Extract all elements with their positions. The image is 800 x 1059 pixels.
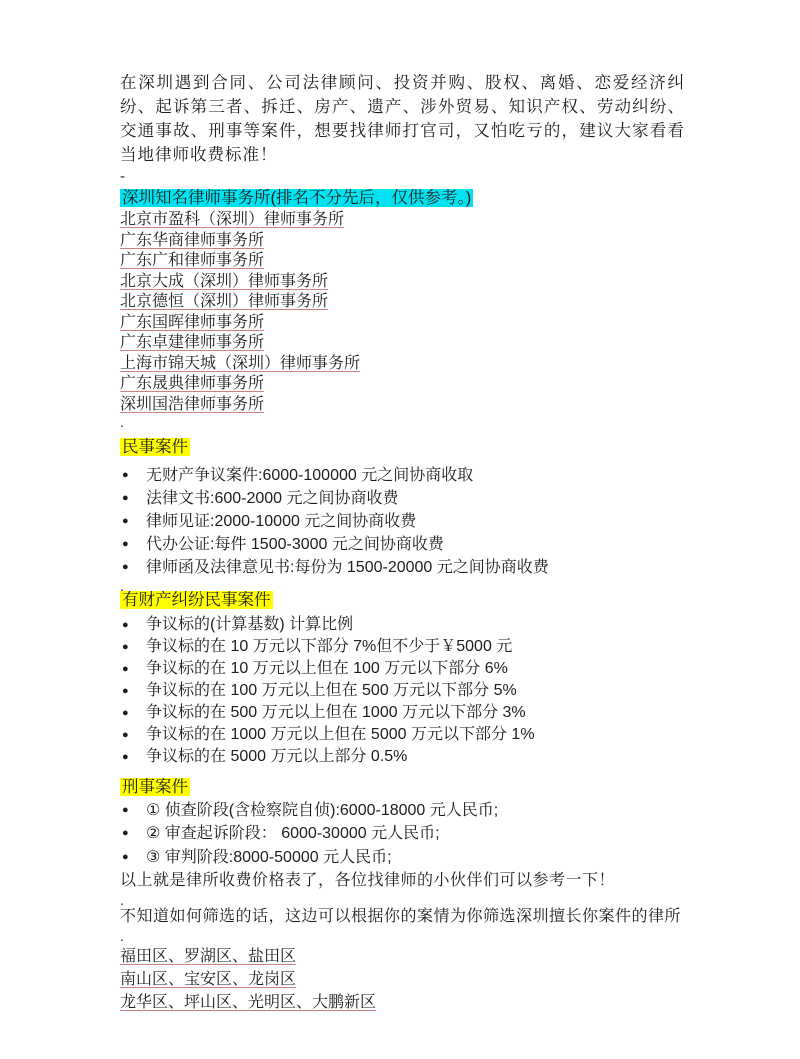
fee-item: ●② 审查起诉阶段： 6000-30000 元人民币; bbox=[120, 822, 685, 845]
fee-item: ●① 侦查阶段(含检察院自侦):6000-18000 元人民币; bbox=[120, 799, 685, 822]
bullet-icon: ● bbox=[120, 846, 146, 869]
fee-item: ●争议标的在 5000 万元以上部分 0.5% bbox=[120, 746, 685, 768]
bullet-icon: ● bbox=[120, 614, 146, 636]
firm-link[interactable]: 上海市锦天城（深圳）律师事务所 bbox=[120, 355, 360, 372]
bullet-icon: ● bbox=[120, 510, 146, 533]
intro-paragraph: 在深圳遇到合同、公司法律顾问、投资并购、股权、离婚、恋爱经济纠纷、起诉第三者、拆… bbox=[120, 71, 685, 167]
fee-item: ●争议标的在 10 万元以上但在 100 万元以下部分 6% bbox=[120, 658, 685, 680]
fee-item: ●争议标的在 1000 万元以上但在 5000 万元以下部分 1% bbox=[120, 724, 685, 746]
fee-item-text: 争议标的在 100 万元以上但在 500 万元以下部分 5% bbox=[146, 680, 685, 702]
district-link[interactable]: 南山区、宝安区、龙岗区 bbox=[120, 971, 296, 988]
list-item: 广东卓建律师事务所 bbox=[120, 333, 685, 354]
fee-item-text: 争议标的在 500 万元以上但在 1000 万元以下部分 3% bbox=[146, 702, 685, 724]
firm-link[interactable]: 北京市盈科（深圳）律师事务所 bbox=[120, 211, 344, 228]
list-item: 南山区、宝安区、龙岗区 bbox=[120, 968, 685, 991]
fee-item: ●争议标的在 100 万元以上但在 500 万元以下部分 5% bbox=[120, 680, 685, 702]
bullet-icon: ● bbox=[120, 724, 146, 746]
fee-item: ●代办公证:每件 1500-3000 元之间协商收费 bbox=[120, 533, 685, 556]
bullet-icon: ● bbox=[120, 702, 146, 724]
civil-fee-list: ●无财产争议案件:6000-100000 元之间协商收取 ●法律文书:600-2… bbox=[120, 464, 685, 579]
bullet-icon: ● bbox=[120, 658, 146, 680]
dot-mark: . bbox=[120, 415, 685, 429]
list-item: 北京大成（深圳）律师事务所 bbox=[120, 272, 685, 293]
list-item: 北京市盈科（深圳）律师事务所 bbox=[120, 210, 685, 231]
fee-item-text: ① 侦查阶段(含检察院自侦):6000-18000 元人民币; bbox=[146, 799, 685, 822]
civil-heading: 民事案件 bbox=[120, 436, 685, 459]
property-heading-highlight: 有财产纠纷民事案件 bbox=[120, 591, 273, 609]
fee-item: ●争议标的在 10 万元以下部分 7%但不少于￥5000 元 bbox=[120, 636, 685, 658]
bullet-icon: ● bbox=[120, 556, 146, 579]
list-item: 广东广和律师事务所 bbox=[120, 251, 685, 272]
fee-item: ●律师见证:2000-10000 元之间协商收费 bbox=[120, 510, 685, 533]
firm-link[interactable]: 广东广和律师事务所 bbox=[120, 252, 264, 269]
firm-link[interactable]: 广东卓建律师事务所 bbox=[120, 334, 264, 351]
list-item: 福田区、罗湖区、盐田区 bbox=[120, 945, 685, 968]
fee-item-text: 争议标的在 5000 万元以上部分 0.5% bbox=[146, 746, 685, 768]
list-item: 龙华区、坪山区、光明区、大鹏新区 bbox=[120, 991, 685, 1014]
firm-link[interactable]: 北京德恒（深圳）律师事务所 bbox=[120, 293, 328, 310]
fee-item-text: 争议标的(计算基数) 计算比例 bbox=[146, 614, 685, 636]
fee-item-text: 律师见证:2000-10000 元之间协商收费 bbox=[146, 510, 685, 533]
district-list: 福田区、罗湖区、盐田区 南山区、宝安区、龙岗区 龙华区、坪山区、光明区、大鹏新区 bbox=[120, 945, 685, 1014]
district-link[interactable]: 龙华区、坪山区、光明区、大鹏新区 bbox=[120, 994, 376, 1011]
summary-paragraph: 以上就是律所收费价格表了，各位找律师的小伙伴们可以参考一下！ bbox=[120, 869, 685, 893]
bullet-icon: ● bbox=[120, 487, 146, 510]
criminal-heading: 刑事案件 bbox=[120, 776, 685, 799]
fee-item-text: ② 审查起诉阶段： 6000-30000 元人民币; bbox=[146, 822, 685, 845]
list-item: 广东华商律师事务所 bbox=[120, 231, 685, 252]
fee-item-text: 代办公证:每件 1500-3000 元之间协商收费 bbox=[146, 533, 685, 556]
firm-link[interactable]: 广东晟典律师事务所 bbox=[120, 375, 264, 392]
firm-link[interactable]: 北京大成（深圳）律师事务所 bbox=[120, 273, 328, 290]
fee-item-text: 律师函及法律意见书:每份为 1500-20000 元之间协商收费 bbox=[146, 556, 685, 579]
property-fee-list: ●争议标的(计算基数) 计算比例 ●争议标的在 10 万元以下部分 7%但不少于… bbox=[120, 614, 685, 768]
fee-item: ●争议标的(计算基数) 计算比例 bbox=[120, 614, 685, 636]
bullet-icon: ● bbox=[120, 533, 146, 556]
bullet-icon: ● bbox=[120, 799, 146, 822]
list-item: 上海市锦天城（深圳）律师事务所 bbox=[120, 354, 685, 375]
firms-heading-highlight: 深圳知名律师事务所(排名不分先后，仅供参考。) bbox=[120, 189, 473, 207]
fee-item-text: 法律文书:600-2000 元之间协商收费 bbox=[146, 487, 685, 510]
list-item: 北京德恒（深圳）律师事务所 bbox=[120, 292, 685, 313]
firm-list: 北京市盈科（深圳）律师事务所 广东华商律师事务所 广东广和律师事务所 北京大成（… bbox=[120, 210, 685, 415]
criminal-fee-list: ●① 侦查阶段(含检察院自侦):6000-18000 元人民币; ●② 审查起诉… bbox=[120, 799, 685, 869]
fee-item-text: ③ 审判阶段:8000-50000 元人民币; bbox=[146, 846, 685, 869]
firm-link[interactable]: 广东华商律师事务所 bbox=[120, 232, 264, 249]
filter-note-paragraph: 不知道如何筛选的话，这边可以根据你的案情为你筛选深圳擅长你案件的律所 bbox=[120, 905, 685, 929]
district-link[interactable]: 福田区、罗湖区、盐田区 bbox=[120, 948, 296, 965]
fee-item-text: 无财产争议案件:6000-100000 元之间协商收取 bbox=[146, 464, 685, 487]
bullet-icon: ● bbox=[120, 822, 146, 845]
fee-item-text: 争议标的在 10 万元以上但在 100 万元以下部分 6% bbox=[146, 658, 685, 680]
dash-mark: - bbox=[120, 167, 685, 187]
fee-item-text: 争议标的在 10 万元以下部分 7%但不少于￥5000 元 bbox=[146, 636, 685, 658]
fee-item: ●③ 审判阶段:8000-50000 元人民币; bbox=[120, 846, 685, 869]
bullet-icon: ● bbox=[120, 680, 146, 702]
fee-item: ●律师函及法律意见书:每份为 1500-20000 元之间协商收费 bbox=[120, 556, 685, 579]
list-item: 广东国晖律师事务所 bbox=[120, 313, 685, 334]
civil-heading-highlight: 民事案件 bbox=[120, 438, 190, 456]
dot-mark: . bbox=[120, 929, 685, 943]
list-item: 广东晟典律师事务所 bbox=[120, 374, 685, 395]
criminal-heading-highlight: 刑事案件 bbox=[120, 778, 190, 796]
firm-link[interactable]: 深圳国浩律师事务所 bbox=[120, 396, 264, 413]
firm-link[interactable]: 广东国晖律师事务所 bbox=[120, 314, 264, 331]
fee-item-text: 争议标的在 1000 万元以上但在 5000 万元以下部分 1% bbox=[146, 724, 685, 746]
bullet-icon: ● bbox=[120, 636, 146, 658]
fee-item: ●争议标的在 500 万元以上但在 1000 万元以下部分 3% bbox=[120, 702, 685, 724]
bullet-icon: ● bbox=[120, 746, 146, 768]
bullet-icon: ● bbox=[120, 464, 146, 487]
document-page: 在深圳遇到合同、公司法律顾问、投资并购、股权、离婚、恋爱经济纠纷、起诉第三者、拆… bbox=[0, 0, 800, 1059]
list-item: 深圳国浩律师事务所 bbox=[120, 395, 685, 416]
firms-heading: 深圳知名律师事务所(排名不分先后，仅供参考。) bbox=[120, 187, 685, 210]
fee-item: ●无财产争议案件:6000-100000 元之间协商收取 bbox=[120, 464, 685, 487]
fee-item: ●法律文书:600-2000 元之间协商收费 bbox=[120, 487, 685, 510]
property-heading: 有财产纠纷民事案件 bbox=[120, 589, 685, 612]
